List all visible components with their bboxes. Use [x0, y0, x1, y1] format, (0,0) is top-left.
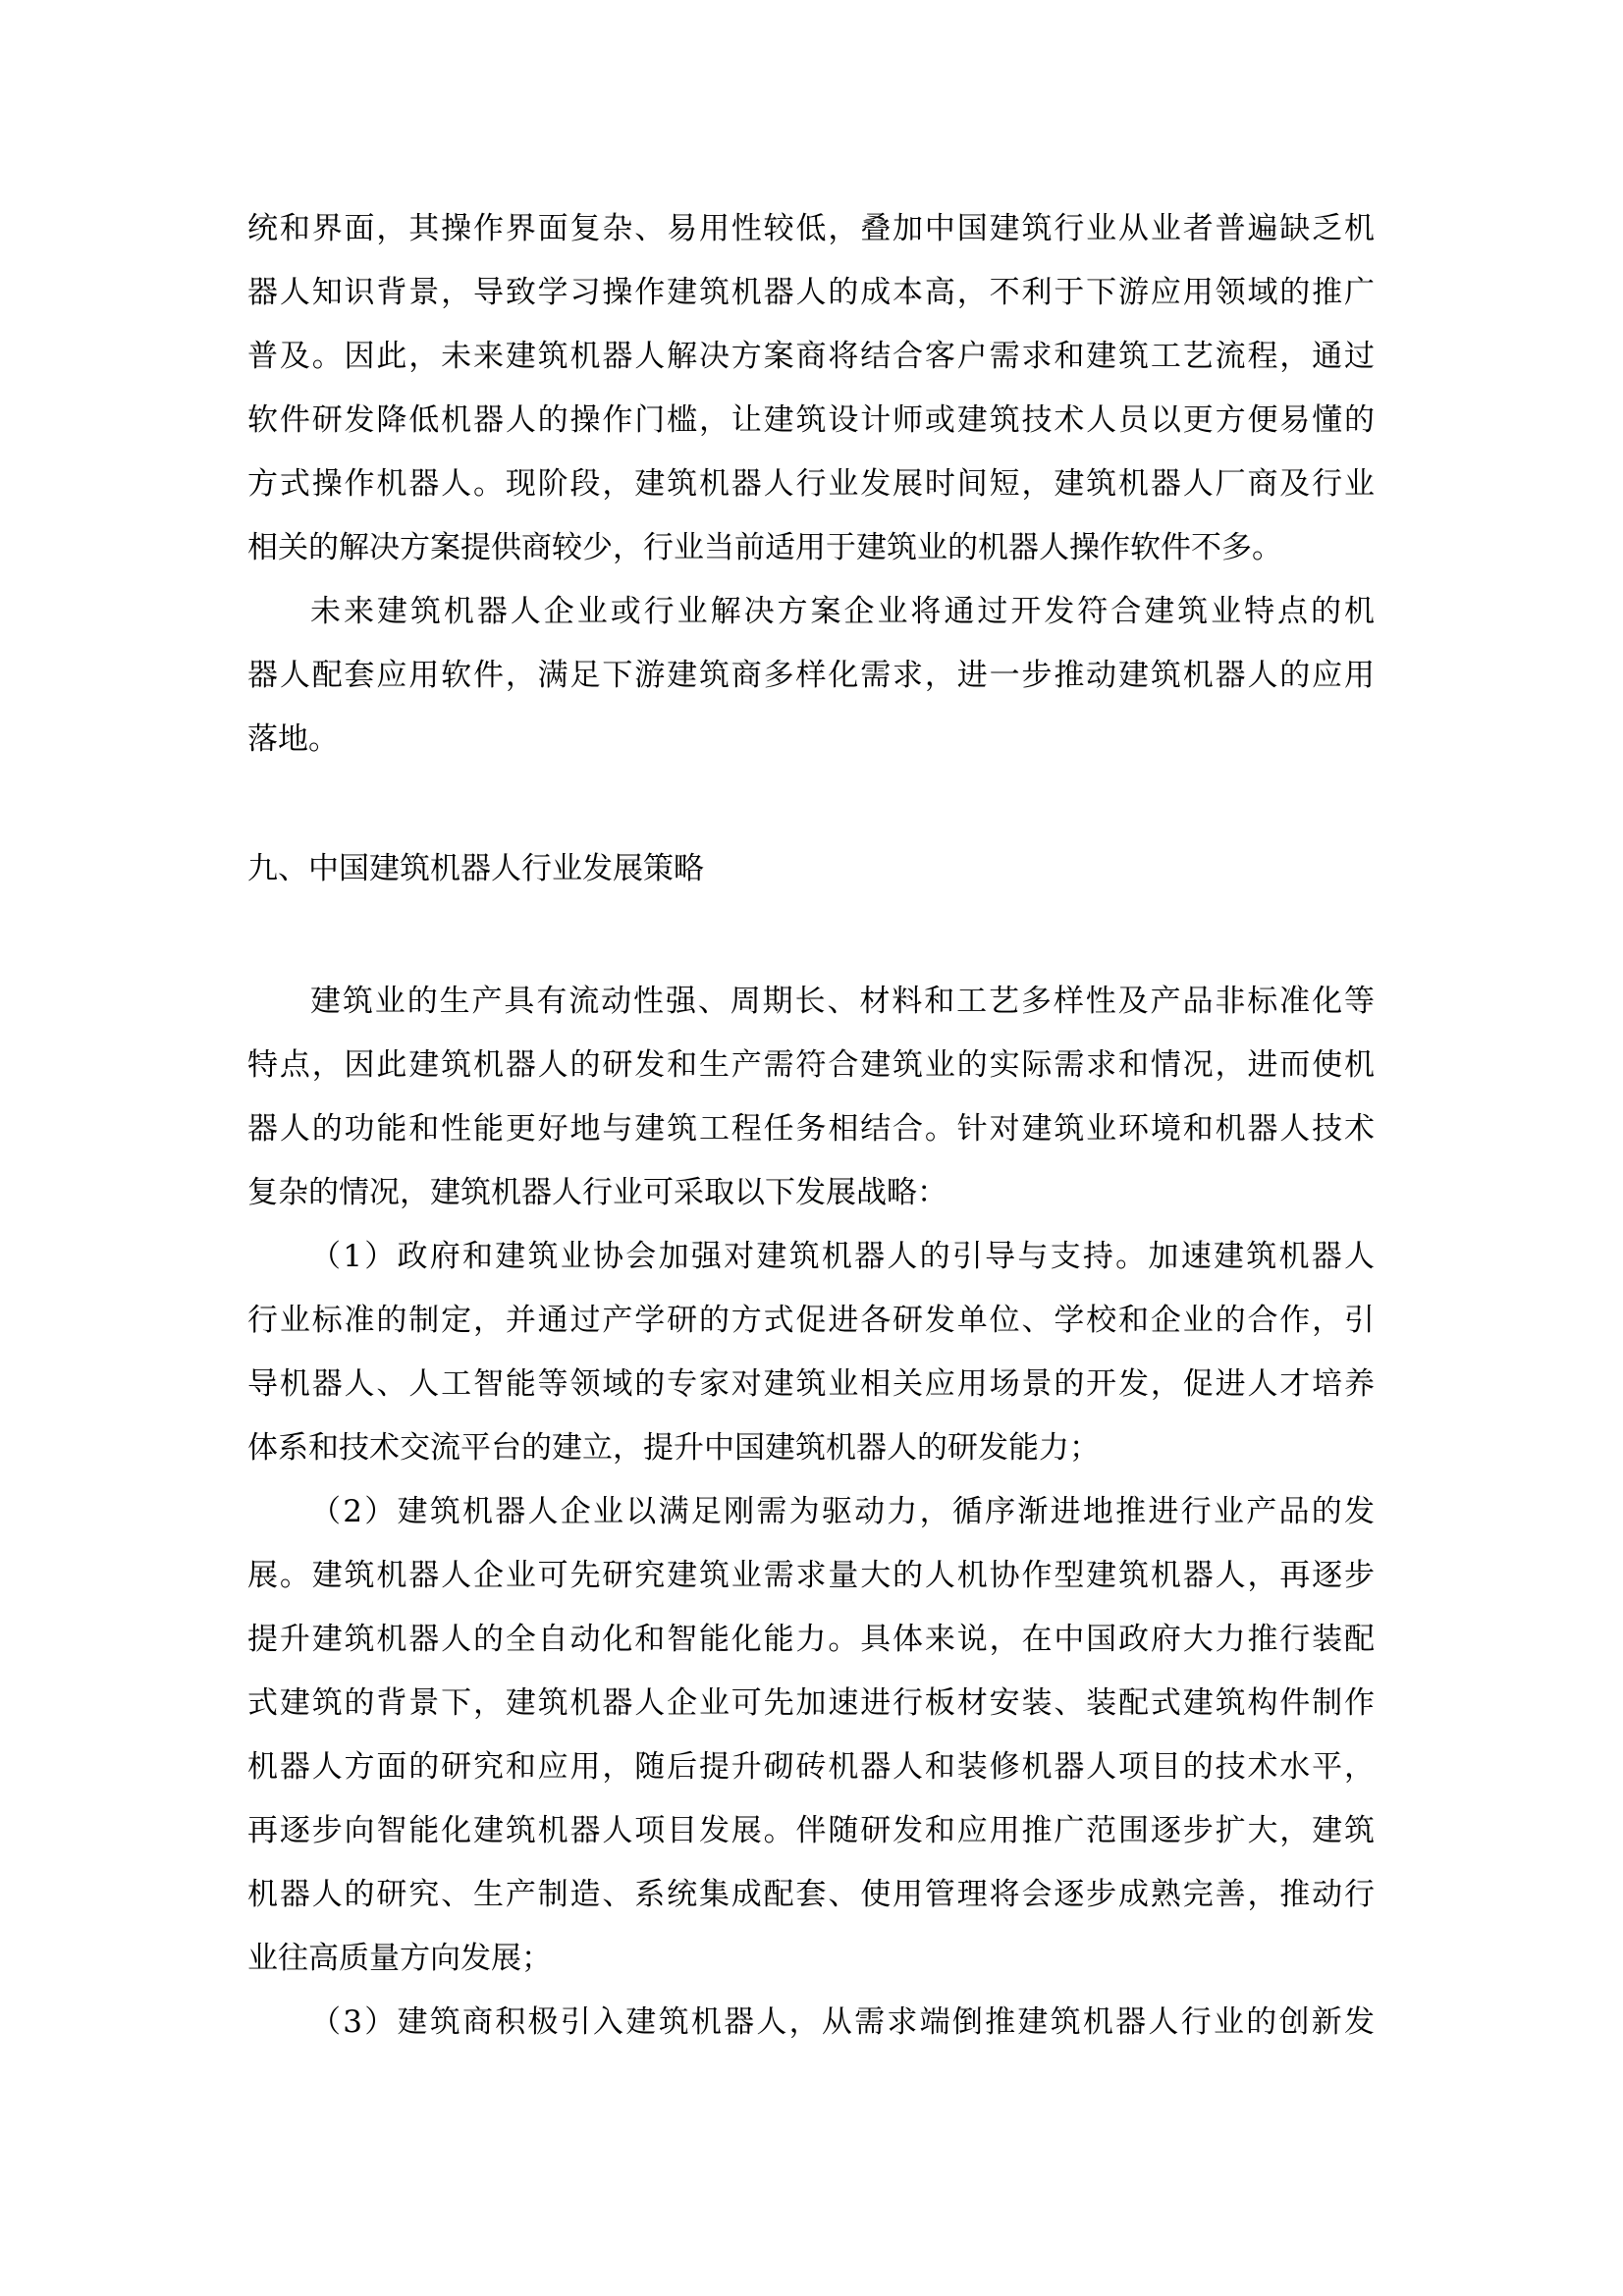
text-line: 业往高质量方向发展；	[247, 1939, 1375, 1978]
text-line: 体系和技术交流平台的建立，提升中国建筑机器人的研发能力；	[247, 1428, 1375, 1468]
text-line: 相关的解决方案提供商较少，行业当前适用于建筑业的机器人操作软件不多。	[247, 528, 1375, 567]
text-line: 软件研发降低机器人的操作门槛，让建筑设计师或建筑技术人员以更方便易懂的	[247, 400, 1375, 440]
text-line: 未来建筑机器人企业或行业解决方案企业将通过开发符合建筑业特点的机	[310, 592, 1375, 631]
text-line: 器人的功能和性能更好地与建筑工程任务相结合。针对建筑业环境和机器人技术	[247, 1109, 1375, 1148]
text-line: 行业标准的制定，并通过产学研的方式促进各研发单位、学校和企业的合作，引	[247, 1301, 1375, 1340]
text-line: 器人知识背景，导致学习操作建筑机器人的成本高，不利于下游应用领域的推广	[247, 273, 1375, 312]
text-line: 统和界面，其操作界面复杂、易用性较低，叠加中国建筑行业从业者普遍缺乏机	[247, 209, 1375, 248]
text-line: 落地。	[247, 720, 1375, 759]
text-line: 器人配套应用软件，满足下游建筑商多样化需求，进一步推动建筑机器人的应用	[247, 656, 1375, 695]
text-line: 机器人的研究、生产制造、系统集成配套、使用管理将会逐步成熟完善，推动行	[247, 1875, 1375, 1914]
text-line: 导机器人、人工智能等领域的专家对建筑业相关应用场景的开发，促进人才培养	[247, 1364, 1375, 1404]
text-line: 普及。因此，未来建筑机器人解决方案商将结合客户需求和建筑工艺流程，通过	[247, 337, 1375, 376]
text-line: 特点，因此建筑机器人的研发和生产需符合建筑业的实际需求和情况，进而使机	[247, 1045, 1375, 1085]
text-line: 提升建筑机器人的全自动化和智能化能力。具体来说，在中国政府大力推行装配	[247, 1620, 1375, 1659]
text-line: 方式操作机器人。现阶段，建筑机器人行业发展时间短，建筑机器人厂商及行业	[247, 464, 1375, 504]
text-line: （3）建筑商积极引入建筑机器人，从需求端倒推建筑机器人行业的创新发	[310, 2002, 1375, 2042]
section-heading: 九、中国建筑机器人行业发展策略	[247, 849, 704, 888]
text-line: 复杂的情况，建筑机器人行业可采取以下发展战略：	[247, 1173, 1375, 1212]
text-line: 再逐步向智能化建筑机器人项目发展。伴随研发和应用推广范围逐步扩大，建筑	[247, 1811, 1375, 1850]
text-line: 建筑业的生产具有流动性强、周期长、材料和工艺多样性及产品非标准化等	[310, 982, 1375, 1021]
text-line: 机器人方面的研究和应用，随后提升砌砖机器人和装修机器人项目的技术水平，	[247, 1747, 1375, 1787]
text-line: （2）建筑机器人企业以满足刚需为驱动力，循序渐进地推进行业产品的发	[310, 1492, 1375, 1531]
text-line: 式建筑的背景下，建筑机器人企业可先加速进行板材安装、装配式建筑构件制作	[247, 1683, 1375, 1723]
text-line: （1）政府和建筑业协会加强对建筑机器人的引导与支持。加速建筑机器人	[310, 1237, 1375, 1276]
document-page: 统和界面，其操作界面复杂、易用性较低，叠加中国建筑行业从业者普遍缺乏机 器人知识…	[0, 0, 1623, 2296]
text-line: 展。建筑机器人企业可先研究建筑业需求量大的人机协作型建筑机器人，再逐步	[247, 1556, 1375, 1595]
